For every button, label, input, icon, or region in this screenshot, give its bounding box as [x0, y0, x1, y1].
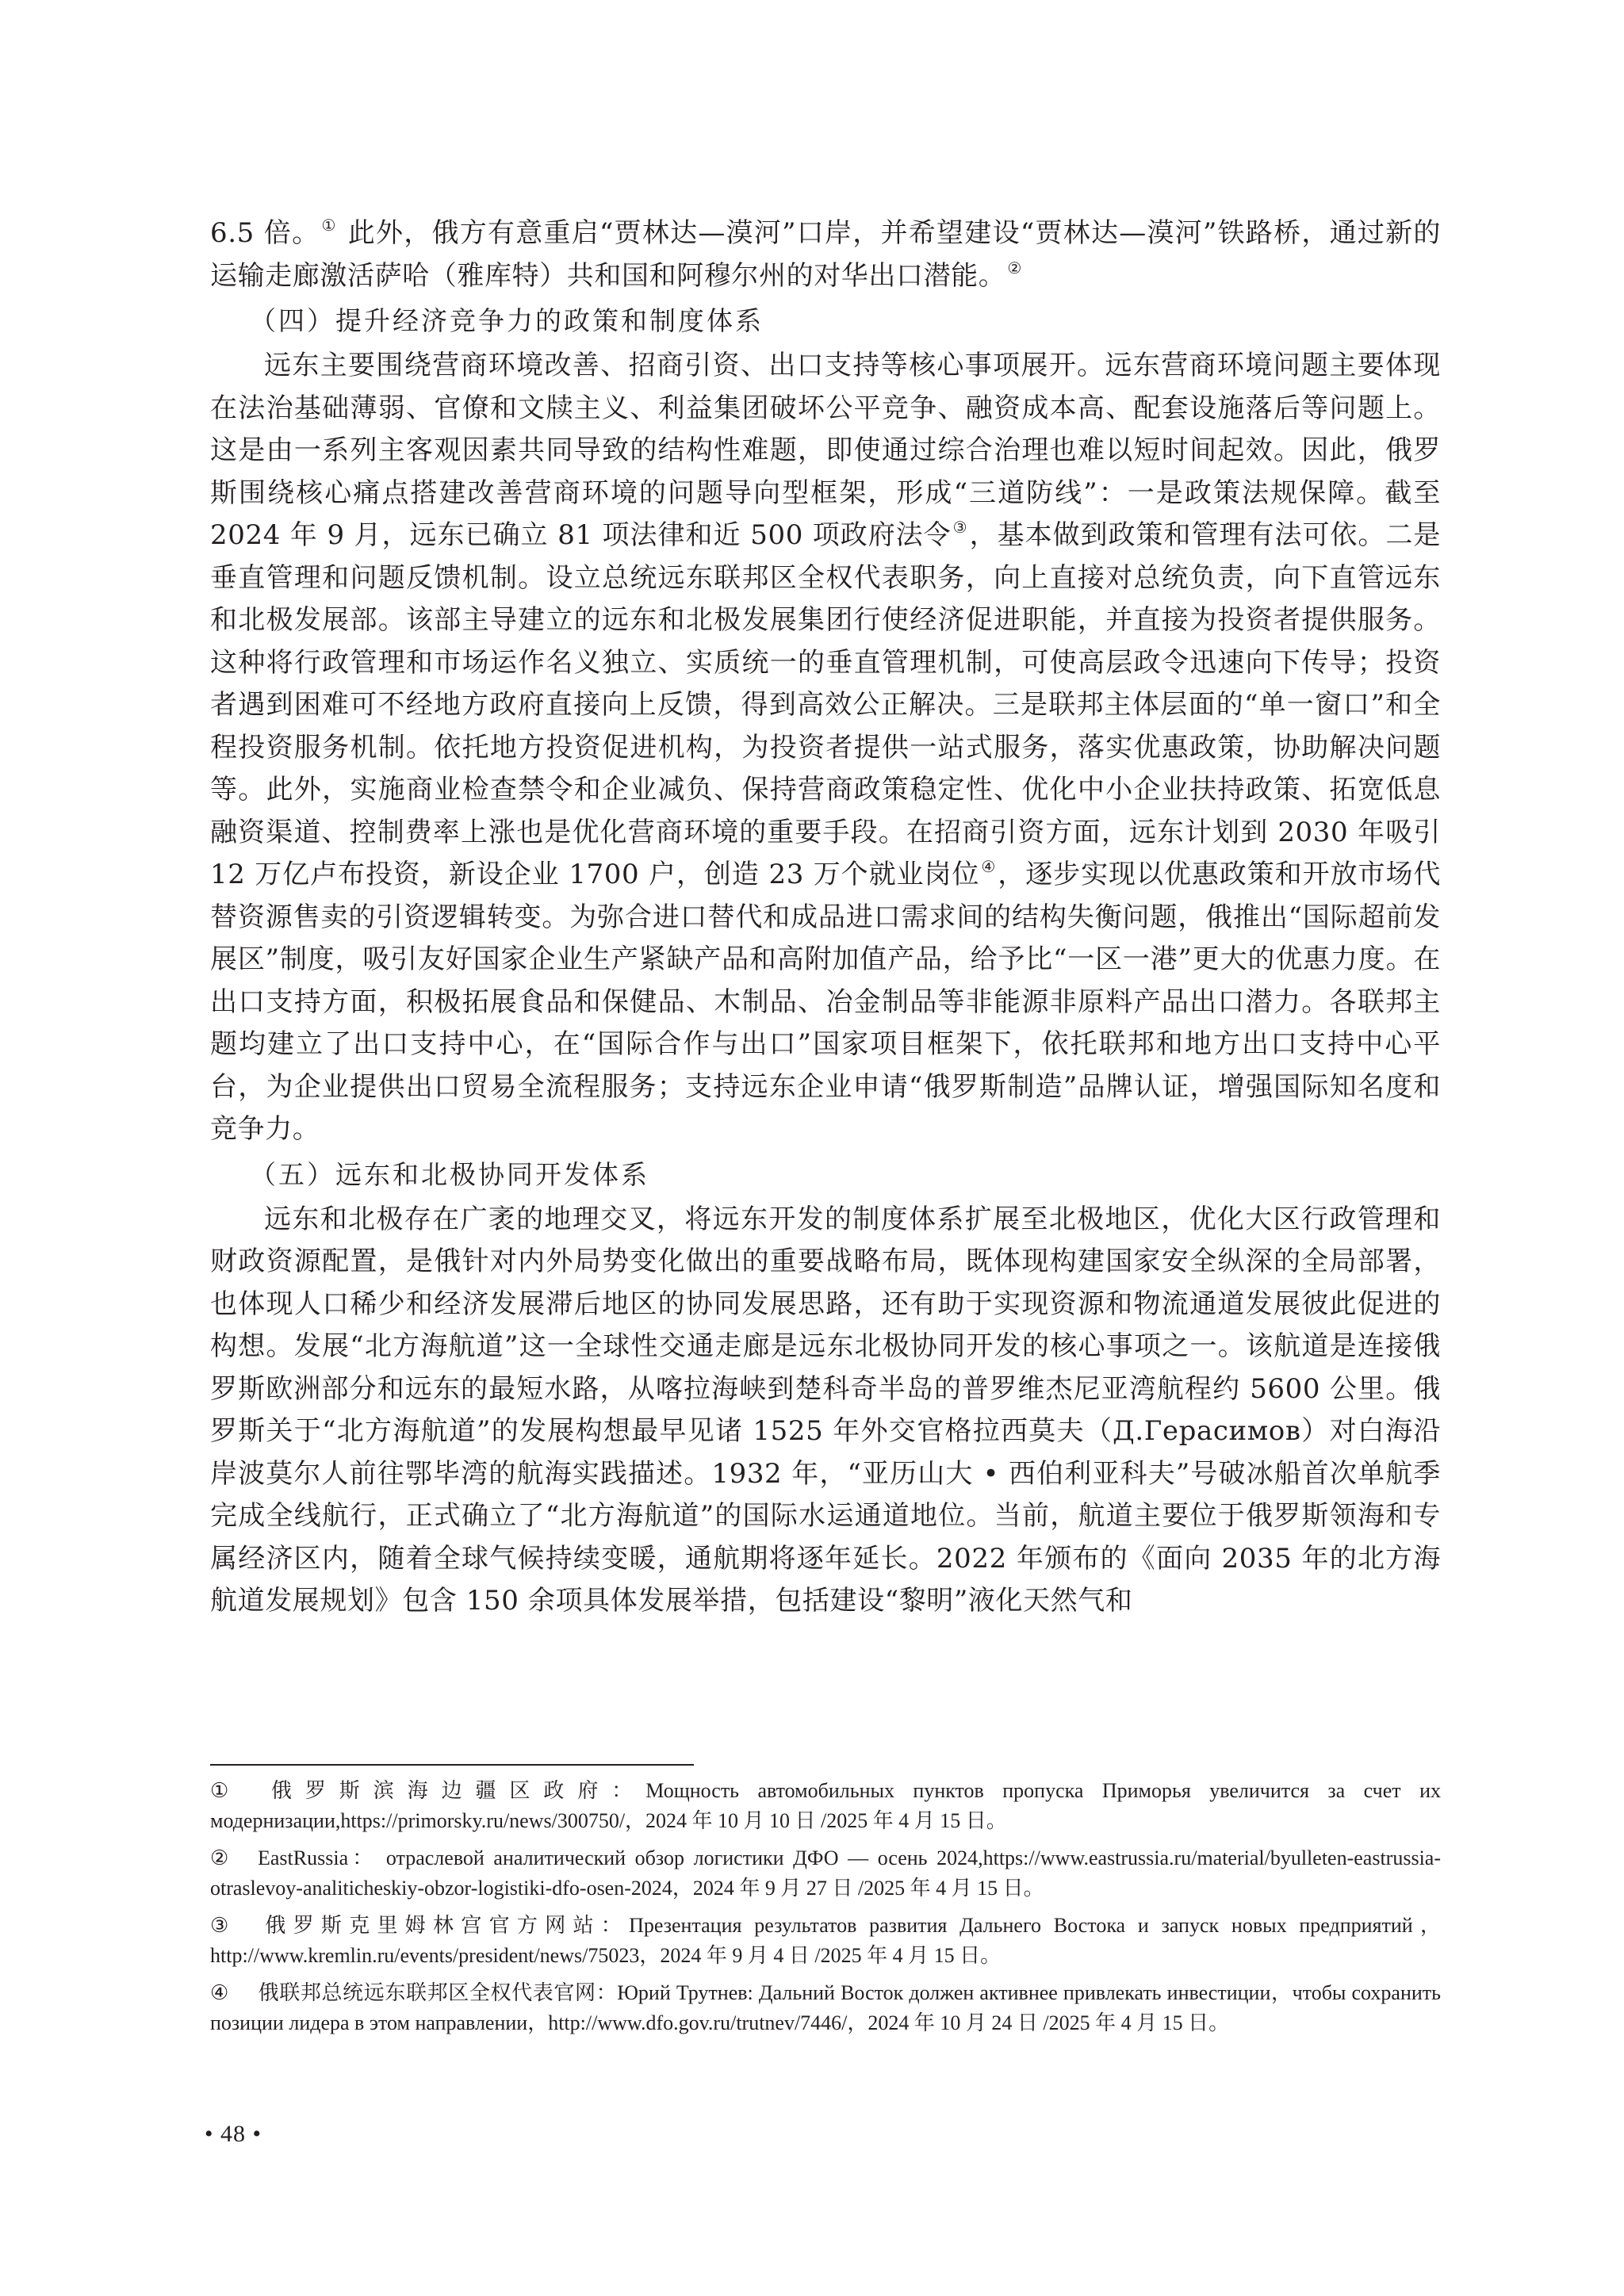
footnote-text: 俄罗斯克里姆林宫官方网站：Презентация результатов раз…	[210, 1914, 1441, 1967]
footnote-2: ②EastRussia： отраслевой аналитический об…	[210, 1843, 1441, 1904]
footnote-number: ④	[210, 1978, 258, 2008]
paragraph-arctic: 远东和北极存在广袤的地理交叉，将远东开发的制度体系扩展至北极地区，优化大区行政管…	[210, 1199, 1441, 1623]
footnote-number: ③	[210, 1911, 258, 1941]
footnote-ref-1[interactable]: ①	[321, 216, 336, 235]
paragraph-text: ，逐步实现以优惠政策和开放市场代替资源售卖的引资逻辑转变。为弥合进口替代和成品进…	[210, 859, 1441, 1145]
section-heading-5: （五）远东和北极协同开发体系	[210, 1151, 1441, 1199]
footnote-ref-3[interactable]: ③	[953, 518, 968, 537]
footnote-ref-4[interactable]: ④	[981, 857, 996, 876]
section-heading-4: （四）提升经济竞争力的政策和制度体系	[210, 297, 1441, 345]
paragraph-text: ，基本做到政策和管理有法可依。二是垂直管理和问题反馈机制。设立总统远东联邦区全权…	[210, 519, 1441, 890]
footnotes: ①俄罗斯滨海边疆区政府：Мощность автомобильных пункт…	[210, 1776, 1441, 2045]
paragraph-continuation: 6.5 倍。① 此外，俄方有意重启“贾林达—漠河”口岸，并希望建设“贾林达—漠河…	[210, 212, 1441, 297]
footnote-1: ①俄罗斯滨海边疆区政府：Мощность автомобильных пункт…	[210, 1776, 1441, 1836]
footnote-text: 俄联邦总统远东联邦区全权代表官网：Юрий Трутнев: Дальний В…	[210, 1981, 1441, 2034]
footnote-number: ②	[210, 1843, 258, 1873]
paragraph-text: 此外，俄方有意重启“贾林达—漠河”口岸，并希望建设“贾林达—漠河”铁路桥，通过新…	[210, 217, 1441, 292]
paragraph-business-environment: 远东主要围绕营商环境改善、招商引资、出口支持等核心事项展开。远东营商环境问题主要…	[210, 345, 1441, 1151]
footnote-4: ④俄联邦总统远东联邦区全权代表官网：Юрий Трутнев: Дальний …	[210, 1978, 1441, 2038]
footnote-ref-2[interactable]: ②	[1007, 258, 1022, 277]
footnote-text: 俄罗斯滨海边疆区政府：Мощность автомобильных пункто…	[210, 1779, 1441, 1832]
footnote-divider	[210, 1764, 694, 1766]
footnote-text: EastRussia： отраслевой аналитический обз…	[210, 1846, 1441, 1900]
footnote-number: ①	[210, 1776, 258, 1806]
footnote-3: ③俄罗斯克里姆林宫官方网站：Презентация результатов ра…	[210, 1911, 1441, 1971]
paragraph-text: 6.5 倍。	[210, 217, 320, 249]
page-number: • 48 •	[205, 2121, 262, 2148]
main-text-column: 6.5 倍。① 此外，俄方有意重启“贾林达—漠河”口岸，并希望建设“贾林达—漠河…	[210, 212, 1441, 1623]
